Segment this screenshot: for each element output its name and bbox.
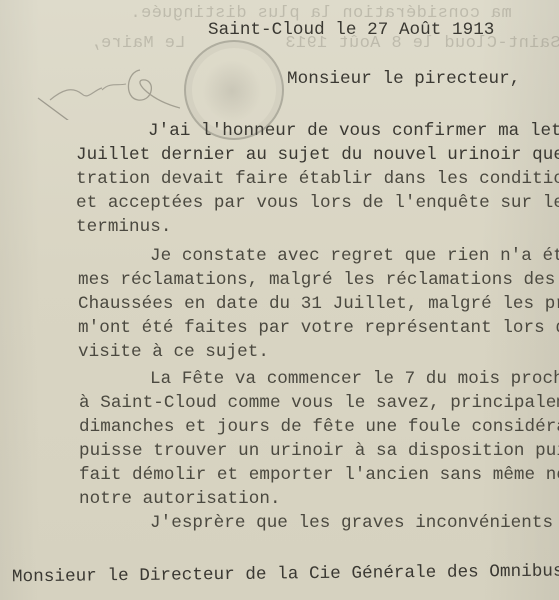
body-line: puisse trouver un urinoir à sa dispositi… — [79, 441, 559, 461]
body-line: La Fête va commencer le 7 du mois procha… — [150, 369, 559, 389]
body-line: et acceptées par vous lors de l'enquête … — [76, 193, 559, 213]
bleed-through-signatory: Le Maire, — [90, 34, 185, 53]
body-line: fait démolir et emporter l'ancien sans m… — [79, 465, 559, 485]
body-line: tration devait faire établir dans les co… — [76, 169, 559, 189]
body-line: J'ai l'honneur de vous confirmer ma lett… — [148, 121, 559, 141]
body-line: à Saint-Cloud comme vous le savez, princ… — [79, 393, 559, 413]
body-line: Juillet dernier au sujet du nouvel urino… — [76, 145, 559, 165]
body-line: mes réclamations, malgré les réclamation… — [78, 270, 559, 290]
stamp-emblem — [202, 60, 262, 122]
body-line: J'esprère que les graves inconvénients r… — [150, 513, 559, 533]
body-line: Chaussées en date du 31 Juillet, malgré … — [78, 294, 559, 314]
body-line: Je constate avec regret que rien n'a été… — [150, 246, 559, 266]
body-line: m'ont été faites par votre représentant … — [78, 318, 559, 338]
salutation: Monsieur le pirecteur, — [287, 69, 520, 89]
body-line: dimanches et jours de fête une foule con… — [79, 417, 559, 437]
signature-icon — [30, 60, 180, 120]
body-line: notre autorisation. — [79, 489, 281, 509]
body-line: visite à ce sujet. — [78, 342, 269, 362]
dateline: Saint-Cloud le 27 Août 1913 — [208, 20, 494, 40]
body-line: terminus. — [76, 217, 171, 237]
